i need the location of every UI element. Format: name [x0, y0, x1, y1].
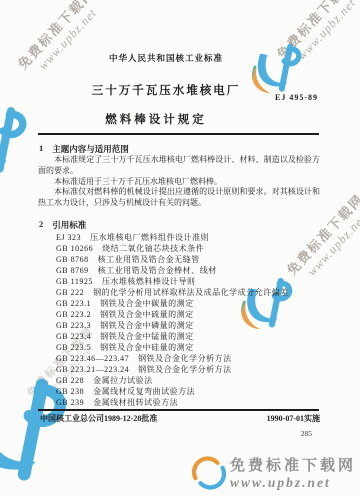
- reference-title: 压水堆核燃料棒设计导则: [102, 276, 196, 287]
- reference-code: GB 8768: [56, 254, 89, 265]
- reference-row: GB 222钢的化学分析用试样取样法及成品化学成分允许偏差: [56, 287, 326, 298]
- reference-row: GB 8768核工业用锆及锆合金无缝管: [56, 254, 326, 265]
- footer-divider-rule: [38, 409, 319, 411]
- paragraph: 本标准规定了三十万千瓦压水堆核电厂燃料棒设计、材料、制造以及检验方面的要求。: [38, 155, 320, 177]
- reference-code: GB 228: [56, 375, 84, 386]
- reference-code: GB 223.1: [56, 298, 91, 309]
- reference-row: GB 238金属线材反复弯曲试验方法: [56, 386, 326, 397]
- section-2-title: 引用标准: [52, 219, 86, 231]
- reference-title: 压水堆核电厂燃料组件设计准则: [90, 232, 209, 243]
- reference-row: GB 10266烧结二氧化铀芯块技术条件: [56, 243, 326, 254]
- approval-statement: 中国核工业总公司1989-12-28批准: [40, 413, 157, 424]
- reference-title: 钢铁及合金中硫量的测定: [100, 309, 194, 320]
- reference-code: GB 223.4: [56, 331, 91, 342]
- page-number: 285: [301, 429, 312, 438]
- section-1-heading: 1 主题内容与适用范围: [39, 143, 129, 155]
- section-2-number: 2: [39, 219, 43, 231]
- paragraph: 本标准适用于三十万千瓦压水堆核电厂燃料棒。: [38, 177, 320, 188]
- reference-row: EJ 323压水堆核电厂燃料组件设计准则: [56, 232, 326, 243]
- reference-title: 核工业用锆及锆合金无缝管: [98, 254, 200, 265]
- reference-code: GB 238: [56, 386, 84, 397]
- reference-code: GB 223.3: [56, 320, 91, 331]
- standard-number: EJ 495-89: [275, 93, 318, 102]
- reference-title: 金属线材反复弯曲试验方法: [93, 386, 195, 397]
- reference-row: GB 223.46—223.47钢铁及合金化学分析方法: [56, 353, 326, 364]
- reference-row: GB 239金属线材扭转试验方法: [56, 397, 326, 408]
- reference-title: 烧结二氧化铀芯块技术条件: [102, 243, 204, 254]
- section-2-heading: 2 引用标准: [39, 219, 86, 231]
- references-list: EJ 323压水堆核电厂燃料组件设计准则 GB 10266烧结二氧化铀芯块技术条…: [56, 232, 326, 408]
- reference-code: EJ 323: [56, 232, 81, 243]
- reference-title: 钢铁及合金中锰量的测定: [100, 331, 194, 342]
- reference-title: 钢的化学分析用试样取样法及成品化学成分允许偏差: [93, 287, 289, 298]
- reference-row: GB 223.2钢铁及合金中硫量的测定: [56, 309, 326, 320]
- watermark-bottom-right: 免费标准下载网 www.upbz.net: [192, 454, 356, 491]
- section-1-body: 本标准规定了三十万千瓦压水堆核电厂燃料棒设计、材料、制造以及检验方面的要求。 本…: [38, 155, 320, 209]
- reference-row: GB 223.21—223.24钢铁及合金化学分析方法: [56, 364, 326, 375]
- reference-row: GB 11925压水堆核燃料棒设计导则: [56, 276, 326, 287]
- reference-title: 核工业用锆及锆合金棒材、线材: [98, 265, 217, 276]
- reference-code: GB 222: [56, 287, 84, 298]
- reference-title: 金属线材扭转试验方法: [93, 397, 178, 408]
- document-content: 中华人民共和国核工业标准 三十万千瓦压水堆核电厂 EJ 495-89 燃料棒设计…: [0, 0, 360, 497]
- reference-code: GB 223.2: [56, 309, 91, 320]
- reference-code: GB 239: [56, 397, 84, 408]
- reference-row: GB 8769核工业用锆及锆合金棒材、线材: [56, 265, 326, 276]
- header-divider-rule: [38, 133, 319, 135]
- watermark-site-name: 免费标准下载网: [230, 454, 356, 475]
- reference-code: GB 8769: [56, 265, 89, 276]
- reference-title: 钢铁及合金中碳量的测定: [100, 298, 194, 309]
- paragraph: 本标准仅对燃料棒的机械设计提出应遵循的设计原则和要求。对其核设计和热工水力设计，…: [38, 187, 320, 209]
- reference-title: 钢铁及合金化学分析方法: [138, 364, 232, 375]
- reference-row: GB 223.5钢铁及合金中硅量的测定: [56, 342, 326, 353]
- upbz-circle-logo-icon: [192, 456, 226, 490]
- reference-code: GB 11925: [56, 276, 93, 287]
- reference-code: GB 223.21—223.24: [56, 364, 129, 375]
- standard-class-line: 中华人民共和国核工业标准: [0, 52, 332, 64]
- section-1-title: 主题内容与适用范围: [52, 143, 129, 155]
- section-1-number: 1: [39, 143, 43, 155]
- scanned-standard-page: 免费标准下载网 www.upbz.net 免费标准下载网 www.upbz.ne…: [0, 0, 360, 497]
- reference-code: GB 223.5: [56, 342, 91, 353]
- footer: 中国核工业总公司1989-12-28批准 1990-07-01实施: [40, 413, 320, 424]
- watermark-site-url: www.upbz.net: [230, 475, 356, 491]
- reference-title: 钢铁及合金化学分析方法: [138, 353, 232, 364]
- reference-title: 钢铁及合金中磷量的测定: [100, 320, 194, 331]
- reference-code: GB 223.46—223.47: [56, 353, 129, 364]
- reference-row: GB 223.3钢铁及合金中磷量的测定: [56, 320, 326, 331]
- reference-row: GB 223.1钢铁及合金中碳量的测定: [56, 298, 326, 309]
- reference-title: 金属拉力试验法: [93, 375, 153, 386]
- reference-code: GB 10266: [56, 243, 93, 254]
- document-title-line2: 燃料棒设计规定: [0, 111, 312, 127]
- reference-row: GB 228金属拉力试验法: [56, 375, 326, 386]
- reference-row: GB 223.4钢铁及合金中锰量的测定: [56, 331, 326, 342]
- effective-date: 1990-07-01实施: [267, 413, 320, 424]
- reference-title: 钢铁及合金中硅量的测定: [100, 342, 194, 353]
